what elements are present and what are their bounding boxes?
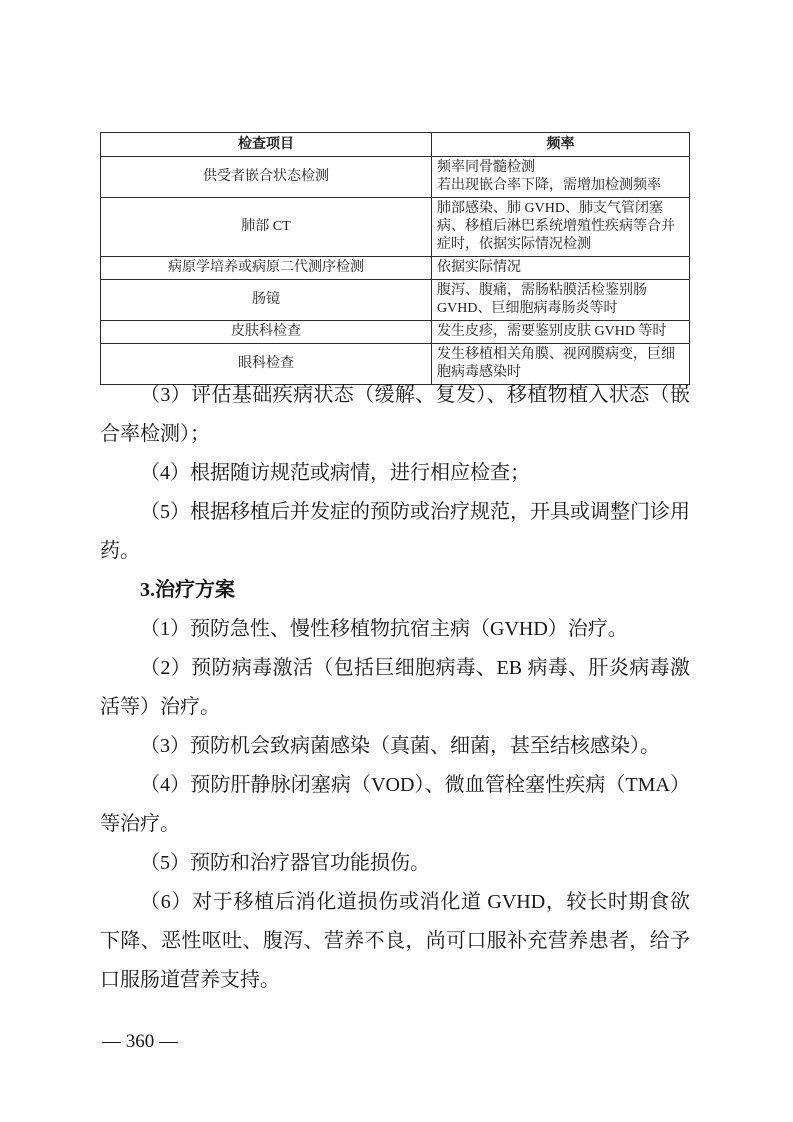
checkup-frequency-table: 检查项目 频率 供受者嵌合状态检测 频率同骨髓检测 若出现嵌合率下降，需增加检测… — [100, 132, 690, 385]
table-header-row: 检查项目 频率 — [101, 133, 690, 157]
frequency-cell: 肺部感染、肺 GVHD、肺支气管闭塞病、移植后淋巴系统增殖性疾病等合并症时，依据… — [432, 198, 690, 257]
table-header-check-item: 检查项目 — [101, 133, 432, 157]
paragraph-outpatient-medication: （5）根据移植后并发症的预防或治疗规范，开具或调整门诊用药。 — [100, 493, 690, 571]
frequency-cell: 依据实际情况 — [432, 257, 690, 280]
table-row: 供受者嵌合状态检测 频率同骨髓检测 若出现嵌合率下降，需增加检测频率 — [101, 157, 690, 198]
paragraph-vod-tma: （4）预防肝静脉闭塞病（VOD）、微血管栓塞性疾病（TMA）等治疗。 — [100, 766, 690, 844]
paragraph-eval-disease-status: （3）评估基础疾病状态（缓解、复发）、移植物植入状态（嵌合率检测）； — [100, 376, 690, 454]
document-page: 检查项目 频率 供受者嵌合状态检测 频率同骨髓检测 若出现嵌合率下降，需增加检测… — [0, 0, 793, 1122]
frequency-cell: 频率同骨髓检测 若出现嵌合率下降，需增加检测频率 — [432, 157, 690, 198]
check-item-cell: 病原学培养或病原二代测序检测 — [101, 257, 432, 280]
body-text: （3）评估基础疾病状态（缓解、复发）、移植物植入状态（嵌合率检测）； （4）根据… — [100, 376, 690, 1000]
table-row: 病原学培养或病原二代测序检测 依据实际情况 — [101, 257, 690, 280]
paragraph-followup-checks: （4）根据随访规范或病情，进行相应检查； — [100, 454, 690, 493]
check-item-cell: 肠镜 — [101, 280, 432, 321]
table-header-frequency: 频率 — [432, 133, 690, 157]
page-number: — 360 — — [102, 1031, 178, 1053]
paragraph-gi-nutrition: （6）对于移植后消化道损伤或消化道 GVHD，较长时期食欲下降、恶性呕吐、腹泻、… — [100, 883, 690, 1000]
table-row: 肺部 CT 肺部感染、肺 GVHD、肺支气管闭塞病、移植后淋巴系统增殖性疾病等合… — [101, 198, 690, 257]
table-row: 肠镜 腹泻、腹痛，需肠粘膜活检鉴别肠 GVHD、巨细胞病毒肠炎等时 — [101, 280, 690, 321]
check-item-cell: 肺部 CT — [101, 198, 432, 257]
paragraph-opportunistic-infection: （3）预防机会致病菌感染（真菌、细菌，甚至结核感染）。 — [100, 727, 690, 766]
check-item-cell: 供受者嵌合状态检测 — [101, 157, 432, 198]
paragraph-gvhd-prevention: （1）预防急性、慢性移植物抗宿主病（GVHD）治疗。 — [100, 610, 690, 649]
frequency-cell: 发生皮疹，需要鉴别皮肤 GVHD 等时 — [432, 321, 690, 344]
table-row: 皮肤科检查 发生皮疹，需要鉴别皮肤 GVHD 等时 — [101, 321, 690, 344]
paragraph-virus-reactivation: （2）预防病毒激活（包括巨细胞病毒、EB 病毒、肝炎病毒激活等）治疗。 — [100, 649, 690, 727]
paragraph-organ-function: （5）预防和治疗器官功能损伤。 — [100, 844, 690, 883]
check-item-cell: 皮肤科检查 — [101, 321, 432, 344]
section-heading-treatment-plan: 3.治疗方案 — [100, 571, 690, 610]
frequency-cell: 腹泻、腹痛，需肠粘膜活检鉴别肠 GVHD、巨细胞病毒肠炎等时 — [432, 280, 690, 321]
